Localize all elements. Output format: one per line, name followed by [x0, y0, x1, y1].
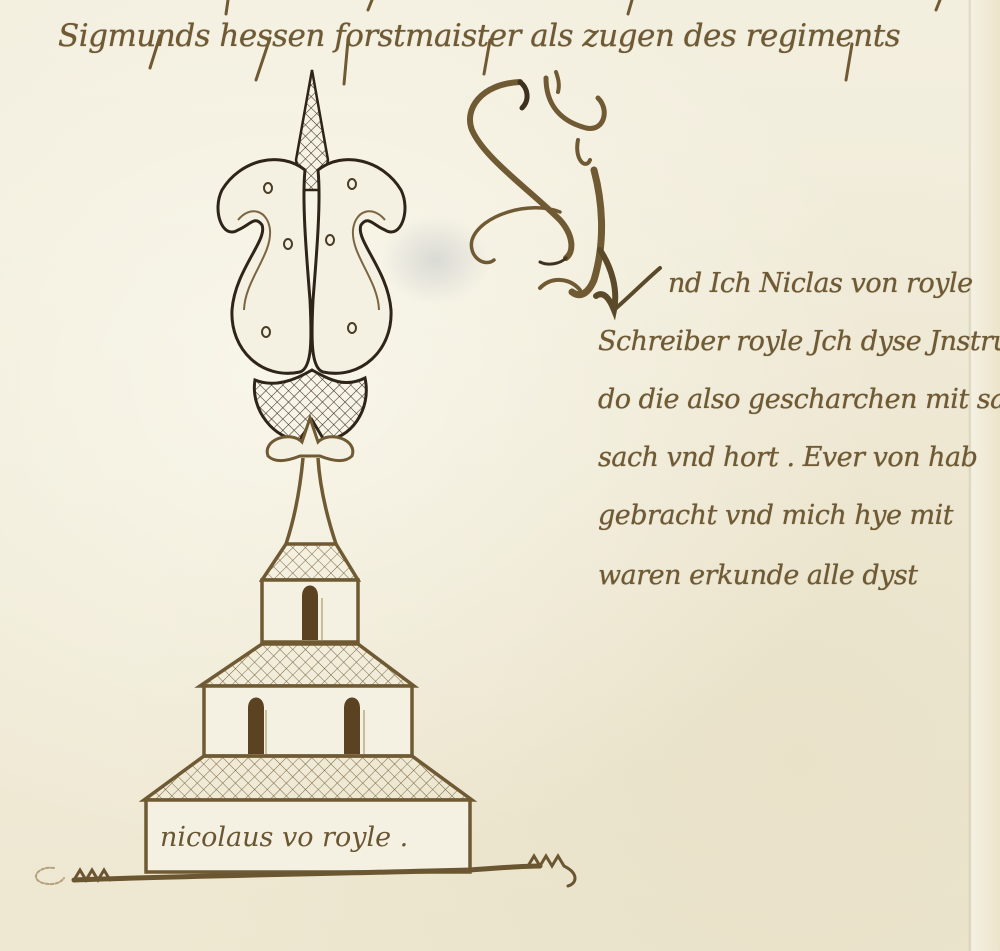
notarial-sign-drawing [0, 0, 1000, 951]
fleur-de-lis-icon [218, 70, 405, 461]
tower-spire [286, 458, 336, 544]
decorated-initial-v-icon [470, 72, 604, 295]
notary-motto: nicolaus vo royle . [160, 822, 408, 853]
descender-strokes [150, 0, 940, 84]
initial-v-body [596, 250, 660, 310]
